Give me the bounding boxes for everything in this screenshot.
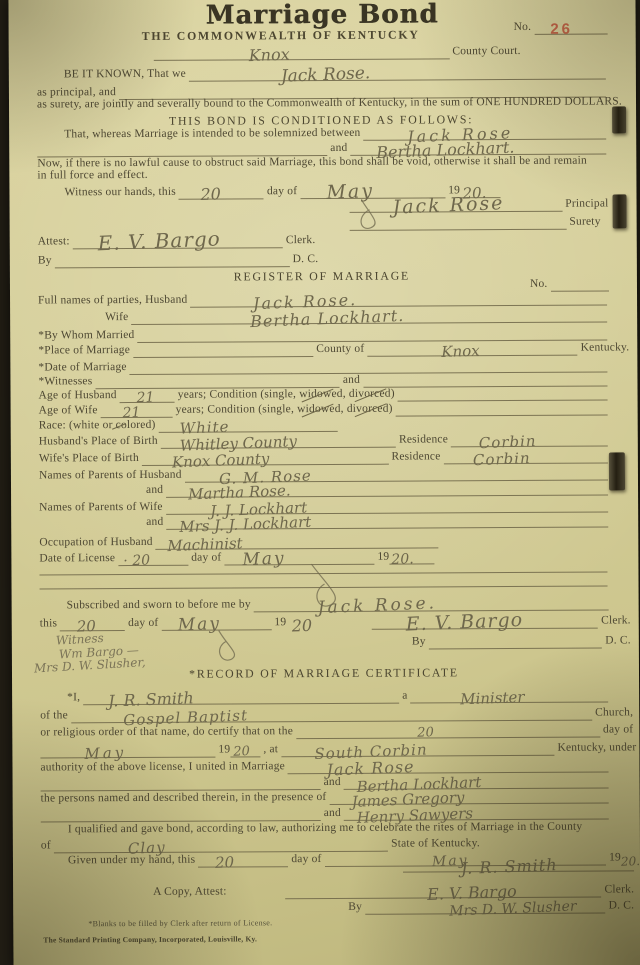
parents-husband-label: Names of Parents of Husband [39, 469, 185, 484]
parent-w2-line: Mrs J. J. Lockhart [166, 523, 608, 529]
day-line: 20 [179, 195, 264, 199]
race-line: White [159, 428, 338, 433]
minister-name-line: J. R. Smith [83, 699, 399, 705]
solemnized-row: That, whereas Marriage is intended to be… [64, 126, 606, 143]
minister-row: *I, J. R. Smith a Minister [67, 689, 608, 706]
cert-year-line: 20 [230, 753, 260, 757]
sworn-by-label: By [412, 635, 429, 649]
sworn-year-printed: 19 [271, 616, 286, 630]
wife-name-handwriting: Bertha Lockhart. [250, 308, 405, 329]
condition-husband-line [398, 396, 608, 401]
age-husband-row: Age of Husband 21 years; Condition (sing… [39, 387, 608, 404]
cert-groom-handwriting: Jack Rose [326, 759, 415, 778]
minister-title-handwriting: Minister [460, 689, 525, 706]
no-line: 26 [534, 30, 607, 34]
husband-birth-label: Husband's Place of Birth [39, 435, 161, 449]
full-names-label: Full names of parties, Husband [38, 294, 190, 309]
occupation-label: Occupation of Husband [39, 536, 155, 550]
county-name-handwriting: Knox [248, 46, 289, 63]
residence-label-1: Residence [396, 433, 451, 447]
license-year-handwriting: 20. [391, 553, 414, 567]
wife-birth-line: Knox County [142, 460, 389, 465]
of-the-label: of the [40, 709, 71, 723]
solemnized-label: That, whereas Marriage is intended to be… [64, 127, 363, 142]
church-handwriting: Gospel Baptist [123, 708, 248, 727]
parents-wife-label: Names of Parents of Wife [39, 501, 166, 515]
attest-row: Attest: E. V. Bargo Clerk. [38, 234, 387, 250]
parents-husband-row: Names of Parents of Husband G. M. Rose [39, 467, 608, 484]
blank-rule-1 [39, 569, 607, 576]
minister-signature-handwriting: J. R. Smith [460, 857, 557, 876]
age-wife-line: 21 [101, 414, 173, 418]
cert-and-label: and [321, 776, 344, 790]
presence-label: the persons named and described therein,… [41, 791, 330, 806]
witness-hands-label: Witness our hands, this [64, 186, 179, 200]
attest-label: Attest: [38, 235, 73, 249]
given-day-line: 20 [198, 863, 288, 867]
blank-rule-row-1 [39, 569, 607, 576]
cert-month-handwriting: May [84, 745, 126, 761]
cert-place-line: South Corbin [281, 752, 554, 757]
commonwealth-row: THE COMMONWEALTH OF KENTUCKY [69, 27, 496, 43]
wife-residence-handwriting: Corbin [473, 450, 531, 467]
copy-attest-label: A Copy, Attest: [153, 886, 230, 900]
wife-name-line: Bertha Lockhart. [131, 318, 607, 324]
minister-name-handwriting: J. R. Smith [108, 690, 194, 709]
lawful-clause2-text: in full force and effect. [37, 169, 151, 183]
be-it-known-label: BE IT KNOWN, That we [64, 68, 189, 82]
this-label: this [40, 617, 60, 631]
race-handwriting: White [180, 419, 230, 435]
parent-h2-line: Martha Rose. [166, 491, 608, 497]
principal-signature-line: Jack Rose [350, 208, 563, 213]
copy-by-row: By Mrs D. W. Slusher D. C. [348, 899, 634, 914]
church-line: Gospel Baptist [71, 716, 592, 723]
license-month-line: May [224, 561, 374, 566]
sworn-clerk-signature: E. V. Bargo [405, 611, 523, 634]
cert-day-of-label: day of [600, 723, 633, 737]
date-marriage-label: *Date of Marriage [38, 361, 129, 375]
printer-row: The Standard Printing Company, Incorpora… [43, 934, 390, 945]
cert-day-handwriting: 20 [417, 728, 434, 741]
county-line2: Knox [367, 351, 577, 356]
occupation-handwriting: Machinist [167, 536, 243, 553]
wife-birth-handwriting: Knox County [171, 451, 269, 469]
blank-rule-row-2 [40, 583, 608, 590]
subscribed-row: Subscribed and sworn to before me by Jac… [67, 597, 609, 614]
age-wife-label: Age of Wife [39, 404, 101, 418]
given-label: Given under my hand, this [68, 854, 198, 868]
spacer2 [230, 896, 285, 899]
principal-signature-handwriting: Jack Rose [392, 194, 505, 217]
kentucky-under-label: Kentucky, under [554, 741, 636, 755]
cert-year-handwriting: 20 [233, 747, 250, 760]
certificate-heading-row: *RECORD OF MARRIAGE CERTIFICATE [12, 664, 639, 681]
place-line [133, 353, 313, 358]
parents-wife-and-row: and Mrs J. J. Lockhart [146, 514, 608, 530]
copy-dc-signature: Mrs D. W. Slusher [449, 900, 577, 918]
blank-rule-2 [40, 583, 608, 590]
surety-signature-row: Surety [350, 216, 601, 231]
bond-number-row: No. 26 [514, 21, 608, 35]
county-state-row: of Clay State of Kentucky. [41, 837, 480, 853]
register-heading: REGISTER OF MARRIAGE [234, 269, 413, 284]
sworn-clerk-line: E. V. Bargo [371, 624, 598, 629]
license-day-handwriting: · 20 [124, 554, 151, 568]
united-row: authority of the above license, I united… [40, 759, 608, 776]
sworn-dc-label: D. C. [602, 634, 631, 648]
parents-wife-row: Names of Parents of Wife J. J. Lockhart [39, 499, 608, 516]
be-it-known-row: BE IT KNOWN, That we Jack Rose. [64, 66, 606, 83]
document-title: Marriage Bond [206, 0, 439, 31]
cert-place-row: May 19 20 , at South Corbin Kentucky, un… [40, 741, 636, 758]
photo-frame: Marriage Bond No. 26 THE COMMONWEALTH OF… [0, 0, 640, 965]
and-label: and [327, 142, 350, 156]
condition-husband-label: years; Condition (single, widowed, divor… [175, 388, 398, 403]
parents-husband-and-row: and Martha Rose. [146, 482, 608, 498]
attest-signature-handwriting: E. V. Bargo [98, 229, 222, 253]
sworn-year-handwriting: 20 [292, 617, 313, 633]
occupation-line: Machinist [156, 544, 439, 549]
race-label: Race: (white or colored) [39, 419, 159, 433]
husband-birth-row: Husband's Place of Birth Whitley County … [39, 433, 608, 450]
license-year-line: 20. [389, 560, 434, 564]
witnesses-label: *Witnesses [38, 375, 95, 389]
united-bride-row: and Bertha Lockhart [41, 775, 609, 792]
day-of-label: day of [264, 185, 300, 199]
church-label: Church, [592, 706, 633, 720]
place-label: *Place of Marriage [38, 344, 133, 358]
given-year-area: 20. [621, 862, 637, 865]
certify-label: or religious order of that name, do cert… [40, 725, 296, 740]
surety-signature-line [350, 226, 567, 231]
by-whom-row: *By Whom Married [38, 327, 607, 344]
given-day-handwriting: 20 [214, 855, 234, 870]
authority-label: authority of the above license, I united… [40, 760, 288, 775]
and2-label: and [146, 484, 166, 498]
day-handwriting: 20 [200, 186, 221, 202]
surety-clause-row: as surety, are jointly and severally bou… [37, 95, 628, 112]
at-label: , at [260, 743, 281, 757]
husband-residence-handwriting: Corbin [479, 433, 537, 450]
wife-birth-label: Wife's Place of Birth [39, 452, 142, 466]
wife-birth-row: Wife's Place of Birth Knox County Reside… [39, 450, 608, 467]
bond-number-value: 26 [550, 22, 573, 36]
surety-clause-text: as surety, are jointly and severally bou… [37, 95, 625, 112]
place-of-marriage-row: *Place of Marriage County of Knox Kentuc… [38, 341, 629, 358]
kentucky-label: Kentucky. [578, 341, 630, 355]
spacer [341, 627, 371, 630]
parent-w2-handwriting: Mrs J. J. Lockhart [179, 514, 312, 534]
county-of-label: County of [313, 343, 367, 357]
condition-wife-line [396, 411, 608, 416]
cert-month-line: May [40, 753, 215, 758]
footnote-row: *Blanks to be filled by Clerk after retu… [88, 917, 440, 928]
by-label: By [38, 254, 55, 268]
residence-label-2: Residence [388, 450, 443, 464]
pen-flourish [219, 630, 235, 660]
given-day-of-label: day of [288, 853, 324, 867]
county-handwriting: Knox [441, 343, 480, 359]
binder-clip-mark [609, 452, 625, 490]
printer-imprint: The Standard Printing Company, Incorpora… [43, 934, 257, 944]
by-line [55, 263, 290, 268]
occupation-row: Occupation of Husband Machinist [39, 534, 438, 550]
principal-label: Principal [562, 198, 608, 212]
cert-and2-label: and [321, 807, 344, 821]
sworn-by-row: By D. C. [412, 634, 631, 649]
clerk-label: Clerk. [283, 234, 316, 248]
by-whom-label: *By Whom Married [38, 329, 137, 343]
husband-birth-line: Whitley County [161, 443, 396, 448]
sworn-month-handwriting: May [178, 615, 222, 633]
binder-clip-mark [612, 194, 626, 228]
copy-clerk-line: E. V. Bargo [285, 893, 602, 899]
cert-day-line: 20 [296, 733, 600, 739]
sworn-name-line: Jack Rose. [254, 606, 609, 612]
license-year-printed: 19 [374, 551, 389, 565]
certificate-heading: *RECORD OF MARRIAGE CERTIFICATE [189, 665, 462, 681]
sworn-year-area: 20 [286, 627, 341, 630]
blanks-footnote: *Blanks to be filled by Clerk after retu… [88, 918, 272, 928]
county-court-row: Knox County Court. [154, 45, 521, 61]
cert-year-printed: 19 [215, 743, 230, 757]
state-label: State of Kentucky. [388, 837, 480, 851]
presence-and-row: and Henry Sawyers [41, 806, 609, 823]
sworn-month-line: May [161, 626, 271, 631]
qualified-row: I qualified and gave bond, according to … [68, 820, 632, 837]
given-year-printed: 19 [606, 851, 621, 865]
qualified-text: I qualified and gave bond, according to … [68, 821, 586, 838]
wife-name-row: Wife Bertha Lockhart. [105, 309, 607, 325]
sworn-by-line [429, 644, 603, 649]
witnesses-and-label: and [340, 374, 363, 388]
minister-title-line: Minister [411, 698, 609, 703]
binder-clip-mark [612, 106, 626, 133]
county-court-label: County Court. [449, 45, 520, 59]
cert-groom-line: Jack Rose [288, 768, 609, 774]
attest-signature-line: E. V. Bargo [73, 244, 283, 249]
minister-signature-row: J. R. Smith [403, 867, 634, 872]
commonwealth-heading: THE COMMONWEALTH OF KENTUCKY [142, 27, 423, 43]
register-number-row: No. [530, 278, 609, 292]
copy-by-label: By [348, 901, 365, 915]
principal-signature-row: Jack Rose Principal [350, 198, 609, 213]
surety-label: Surety [566, 216, 600, 230]
parent-h2-handwriting: Martha Rose. [188, 483, 291, 501]
marriage-bond-document: Marriage Bond No. 26 THE COMMONWEALTH OF… [8, 0, 640, 965]
i-label: *I, [67, 691, 83, 705]
date-license-label: Date of License [39, 552, 118, 566]
wife-label: Wife [105, 311, 131, 325]
copy-clerk-label: Clerk. [601, 883, 634, 897]
minister-signature-line: J. R. Smith [403, 867, 634, 872]
dc-label: D. C. [290, 253, 319, 267]
husband-name-row: Full names of parties, Husband Jack Rose… [38, 292, 607, 309]
husband-residence-line: Corbin [451, 442, 608, 447]
church-row: of the Gospel Baptist Church, [40, 706, 633, 723]
principal-name-line: Jack Rose. [189, 75, 606, 81]
copy-by-line: Mrs D. W. Slusher [365, 909, 606, 914]
certify-row: or religious order of that name, do cert… [40, 723, 633, 740]
sworn-date-row: this 20 day of May 19 20 E. V. Bargo Cle… [40, 614, 631, 631]
of-label: of [41, 839, 54, 853]
principal-name-handwriting: Jack Rose. [280, 65, 370, 85]
age-husband-label: Age of Husband [39, 389, 120, 403]
a-label: a [399, 690, 410, 704]
license-month-handwriting: May [242, 550, 286, 568]
sworn-clerk-label: Clerk. [598, 614, 631, 628]
license-day-line: · 20 [118, 562, 188, 566]
race-row: Race: (white or colored) White [39, 418, 338, 433]
and3-label: and [146, 516, 166, 530]
copy-dc-label: D. C. [606, 899, 635, 913]
subscribed-label: Subscribed and sworn to before me by [67, 598, 254, 613]
no-label: No. [514, 21, 535, 35]
county-line: Knox [154, 55, 450, 61]
by-dc-row: By D. C. [38, 253, 387, 269]
age-husband-line: 21 [120, 399, 175, 403]
wife-residence-line: Corbin [444, 459, 608, 464]
license-day-of-label: day of [188, 552, 224, 566]
husband-birth-handwriting: Whitley County [179, 434, 297, 453]
copy-attest-row: A Copy, Attest: E. V. Bargo Clerk. [153, 883, 634, 899]
presence-row: the persons named and described therein,… [41, 790, 609, 807]
copy-clerk-signature: E. V. Bargo [427, 883, 517, 902]
sworn-day-of-label: day of [125, 617, 161, 631]
age-wife-row: Age of Wife 21 years; Condition (single,… [39, 402, 608, 419]
register-no-label: No. [530, 278, 551, 292]
condition-wife-label: years; Condition (single, widowed, divor… [173, 403, 396, 418]
date-license-row: Date of License · 20 day of May 19 20. [39, 550, 503, 566]
